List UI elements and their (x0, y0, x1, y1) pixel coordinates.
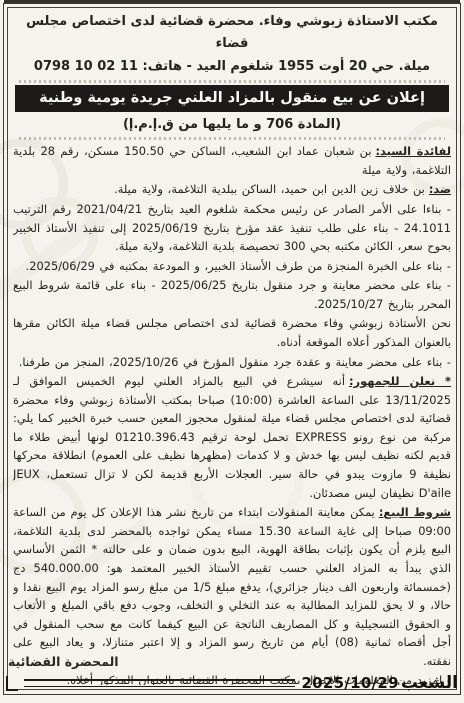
paragraph-text: - بناءا على الأمر الصادر عن رئيس محكمة ش… (13, 202, 451, 253)
notice-paragraph: - بناء على محضر معاينة و جرد منقول بتاري… (13, 276, 451, 313)
paragraph-text: - بناء على الخبرة المنجزة من طرف الأستاذ… (26, 259, 451, 273)
notice-paragraph: - بناء على محضر معاينة و عقدة جرد منقول … (13, 353, 451, 372)
footer-corner-mark (6, 676, 18, 691)
publication-name: الشعب (401, 673, 458, 693)
office-header-line-1: مكتب الاستاذة زبوشي وفاء. محضرة قضائية ل… (13, 11, 451, 56)
notice-paragraph: ضد:بن خلاف زين الدين ابن حميد، الساكن بب… (13, 180, 451, 199)
notice-content: مكتب الاستاذة زبوشي وفاء. محضرة قضائية ل… (13, 11, 451, 685)
notice-paragraph: شروط البيع:يمكن معاينة المنقولات ابتداء … (13, 503, 451, 670)
paragraph-lead: ضد: (429, 182, 451, 196)
legal-reference: (المادة 706 و ما يليها من ق.إ.م.إ) (13, 115, 451, 135)
notice-paragraph: - بناء على الخبرة المنجزة من طرف الأستاذ… (13, 257, 451, 276)
paragraph-text: - بناء على محضر معاينة و عقدة جرد منقول … (19, 355, 451, 369)
paragraph-lead: * نعلن للجمهور: (349, 374, 451, 388)
footer-double-rule (24, 679, 295, 687)
notice-paragraph: نحن الأستاذة زبوشي وفاء محضرة قضائية لدى… (13, 314, 451, 351)
paragraph-text: أنه سيشرع في البيع بالمزاد العلني ليوم ا… (13, 374, 451, 499)
auction-title-banner: إعلان عن بيع منقول بالمزاد العلني جريدة … (15, 85, 449, 112)
bailiff-signature: المحضرة القضائية (8, 654, 119, 669)
paragraph-lead: شروط البيع: (379, 505, 451, 519)
paragraph-text: بن خلاف زين الدين ابن حميد، الساكن ببلدي… (114, 182, 425, 196)
notice-paragraph: - بناءا على الأمر الصادر عن رئيس محكمة ش… (13, 200, 451, 256)
scanned-legal-notice: مكتب الاستاذة زبوشي وفاء. محضرة قضائية ل… (0, 0, 464, 703)
paragraph-text: يمكن معاينة المنقولات ابتداء من تاريخ نش… (13, 505, 451, 668)
halftone-divider (19, 80, 445, 83)
publication-date: 2025/10/29 (301, 674, 398, 692)
notice-paragraph: * نعلن للجمهور:أنه سيشرع في البيع بالمزا… (13, 372, 451, 502)
notice-paragraph: لفائدة السيد:بن شعبان عماد ابن الشعيب، ا… (13, 142, 451, 179)
halftone-divider (19, 137, 445, 140)
paragraph-lead: لفائدة السيد: (376, 144, 452, 158)
paragraph-text: - بناء على محضر معاينة و جرد منقول بتاري… (13, 278, 451, 311)
notice-body: لفائدة السيد:بن شعبان عماد ابن الشعيب، ا… (13, 142, 451, 685)
office-header-line-2: ميلة. حي 20 أوت 1955 شلغوم العيد - هاتف:… (13, 56, 451, 78)
publication-footer: الشعب 2025/10/29 (6, 673, 458, 693)
paragraph-text: نحن الأستاذة زبوشي وفاء محضرة قضائية لدى… (13, 316, 451, 349)
